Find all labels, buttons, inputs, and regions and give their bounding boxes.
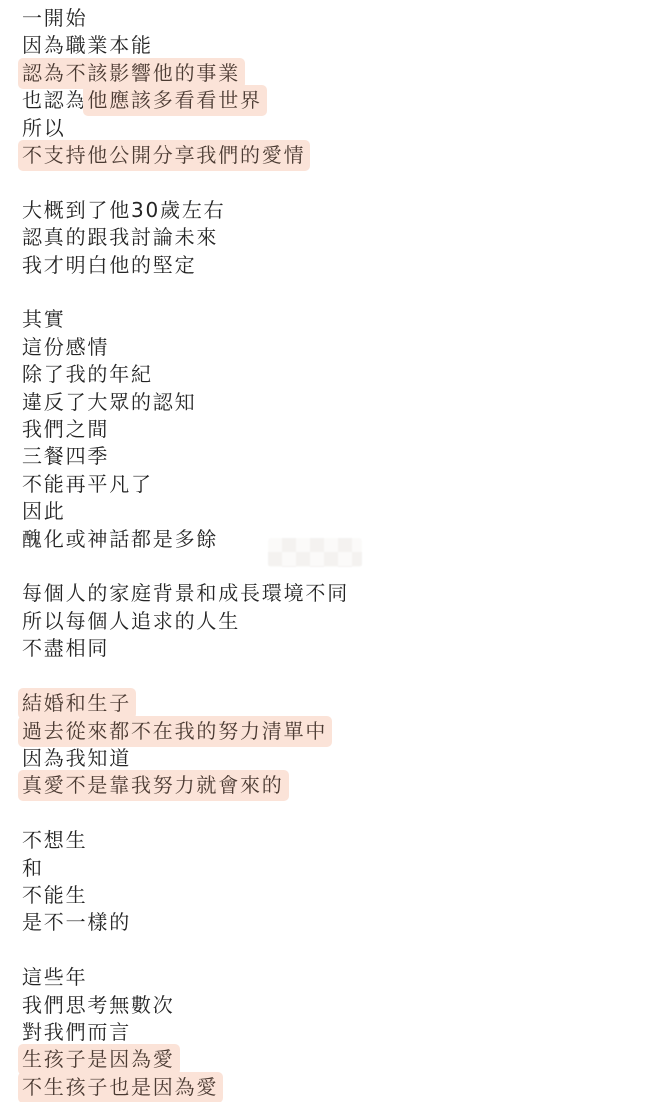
text-line: 三餐四季 (22, 443, 632, 470)
text-line: 結婚和生子 (22, 690, 632, 717)
text-line: 除了我的年紀 (22, 361, 632, 388)
text-line: 真愛不是靠我努力就會來的 (22, 772, 632, 799)
text-line: 不生孩子也是因為愛 (22, 1074, 632, 1101)
text-line: 我們之間 (22, 416, 632, 443)
text-line: 一開始 (22, 5, 632, 32)
plain-text: 我們思考無數次 (22, 993, 175, 1017)
highlighted-text: 不支持他公開分享我們的愛情 (18, 140, 310, 171)
plain-text: 不能再平凡了 (22, 472, 153, 496)
plain-text: 違反了大眾的認知 (22, 390, 196, 414)
paragraph: 其實這份感情除了我的年紀違反了大眾的認知我們之間三餐四季不能再平凡了因此醜化或神… (22, 306, 632, 553)
text-line: 也認為他應該多看看世界 (22, 87, 632, 114)
highlighted-text: 真愛不是靠我努力就會來的 (18, 770, 289, 801)
text-line: 因此 (22, 498, 632, 525)
plain-text: 所以 (22, 116, 66, 140)
text-line: 這些年 (22, 964, 632, 991)
paragraph: 大概到了他30歲左右認真的跟我討論未來我才明白他的堅定 (22, 197, 632, 279)
highlighted-text: 結婚和生子 (18, 688, 136, 719)
text-line: 不能生 (22, 882, 632, 909)
plain-text: 因為我知道 (22, 746, 131, 770)
text-line: 違反了大眾的認知 (22, 389, 632, 416)
text-line: 認真的跟我討論未來 (22, 224, 632, 251)
text-line: 不盡相同 (22, 635, 632, 662)
plain-text: 每個人的家庭背景和成長環境不同 (22, 581, 349, 605)
text-line: 不能再平凡了 (22, 471, 632, 498)
text-line: 認為不該影響他的事業 (22, 60, 632, 87)
text-line: 因為職業本能 (22, 32, 632, 59)
text-line: 大概到了他30歲左右 (22, 197, 632, 224)
post-page: 一開始因為職業本能認為不該影響他的事業也認為他應該多看看世界所以不支持他公開分享… (0, 0, 650, 1102)
plain-text: 認真的跟我討論未來 (22, 225, 218, 249)
plain-text: 因為職業本能 (22, 33, 153, 57)
paragraph: 不想生和不能生是不一樣的 (22, 827, 632, 937)
text-line: 是不一樣的 (22, 909, 632, 936)
plain-text: 這些年 (22, 965, 87, 989)
paragraph: 這些年我們思考無數次對我們而言生孩子是因為愛不生孩子也是因為愛 (22, 964, 632, 1101)
text-line: 和 (22, 855, 632, 882)
highlighted-text: 生孩子是因為愛 (18, 1044, 180, 1075)
plain-text: 是不一樣的 (22, 910, 131, 934)
text-line: 我才明白他的堅定 (22, 252, 632, 279)
plain-text: 不想生 (22, 828, 87, 852)
text-line: 不想生 (22, 827, 632, 854)
text-line: 其實 (22, 306, 632, 333)
plain-text: 我們之間 (22, 417, 109, 441)
highlighted-text: 他應該多看看世界 (83, 85, 266, 116)
blurred-watermark (268, 538, 362, 567)
text-line: 因為我知道 (22, 745, 632, 772)
paragraph: 每個人的家庭背景和成長環境不同所以每個人追求的人生不盡相同 (22, 580, 632, 662)
text-line: 過去從來都不在我的努力清單中 (22, 718, 632, 745)
text-line: 我們思考無數次 (22, 992, 632, 1019)
plain-text: 其實 (22, 307, 66, 331)
text-line: 對我們而言 (22, 1019, 632, 1046)
plain-text: 醜化或神話都是多餘 (22, 527, 218, 551)
plain-text: 所以每個人追求的人生 (22, 609, 240, 633)
plain-text: 我才明白他的堅定 (22, 253, 196, 277)
text-line: 所以每個人追求的人生 (22, 608, 632, 635)
highlighted-text: 認為不該影響他的事業 (18, 58, 245, 89)
plain-text: 三餐四季 (22, 444, 109, 468)
plain-text: 除了我的年紀 (22, 362, 153, 386)
plain-text: 和 (22, 856, 44, 880)
text-line: 不支持他公開分享我們的愛情 (22, 142, 632, 169)
text-line: 生孩子是因為愛 (22, 1046, 632, 1073)
plain-text: 大概到了他30歲左右 (22, 198, 225, 222)
plain-text: 不能生 (22, 883, 87, 907)
plain-text: 一開始 (22, 6, 87, 30)
plain-text: 因此 (22, 499, 66, 523)
text-line: 每個人的家庭背景和成長環境不同 (22, 580, 632, 607)
highlighted-text: 過去從來都不在我的努力清單中 (18, 716, 332, 747)
paragraph: 一開始因為職業本能認為不該影響他的事業也認為他應該多看看世界所以不支持他公開分享… (22, 5, 632, 169)
highlighted-text: 不生孩子也是因為愛 (18, 1072, 223, 1102)
text-line: 所以 (22, 115, 632, 142)
plain-text: 對我們而言 (22, 1020, 131, 1044)
text-line: 這份感情 (22, 334, 632, 361)
plain-text: 也認為 (22, 88, 87, 112)
plain-text: 不盡相同 (22, 636, 109, 660)
paragraph: 結婚和生子過去從來都不在我的努力清單中因為我知道真愛不是靠我努力就會來的 (22, 690, 632, 800)
plain-text: 這份感情 (22, 335, 109, 359)
